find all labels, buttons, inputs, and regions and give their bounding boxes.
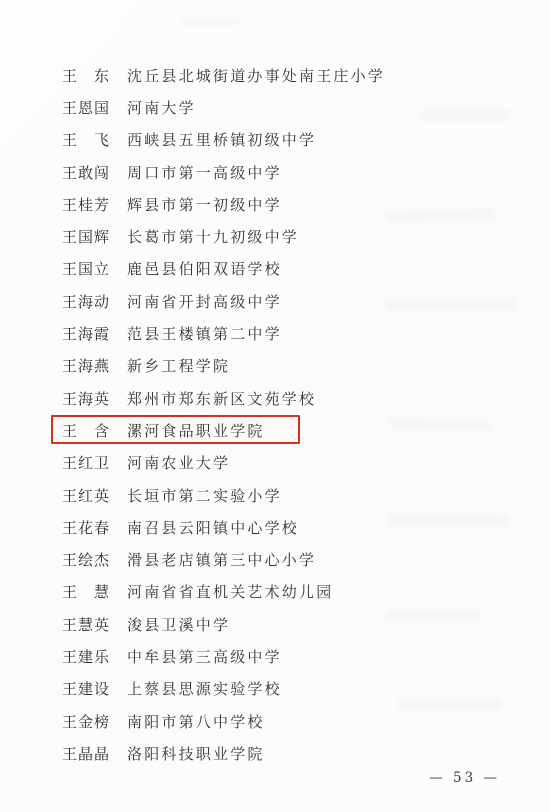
person-name: 王国立 — [62, 258, 109, 279]
organization-name: 范县王楼镇第二中学 — [127, 323, 282, 344]
person-name: 王晶晶 — [62, 743, 109, 764]
list-item: 王慧 河南省省直机关艺术幼儿园 — [62, 576, 520, 608]
list-item: 王建乐 中牟县第三高级中学 — [62, 640, 520, 672]
list-item: 王桂芳 辉县市第一初级中学 — [62, 188, 520, 220]
organization-name: 沈丘县北城街道办事处南王庄小学 — [127, 65, 385, 86]
list-item: 王海动 河南省开封高级中学 — [62, 285, 520, 317]
organization-name: 鹿邑县伯阳双语学校 — [127, 258, 282, 279]
list-item: 王国立 鹿邑县伯阳双语学校 — [62, 253, 520, 285]
list-item: 王海燕 新乡工程学院 — [62, 350, 520, 382]
organization-name: 南阳市第八中学校 — [127, 711, 265, 732]
person-name: 王桂芳 — [62, 194, 109, 215]
person-name: 王金榜 — [62, 711, 109, 732]
list-item: 王绘杰 滑县老店镇第三中心小学 — [62, 543, 520, 575]
person-name: 王国辉 — [62, 226, 109, 247]
person-name: 王飞 — [62, 129, 109, 150]
list-item: 王晶晶 洛阳科技职业学院 — [62, 737, 520, 769]
organization-name: 漯河食品职业学院 — [127, 420, 265, 441]
person-name: 王花春 — [62, 517, 109, 538]
page-number: — 53 — — [429, 770, 500, 786]
person-name: 王含 — [62, 420, 109, 441]
list-item: 王慧英 浚县卫溪中学 — [62, 608, 520, 640]
organization-name: 南召县云阳镇中心学校 — [127, 517, 299, 538]
organization-name: 上蔡县思源实验学校 — [127, 678, 282, 699]
person-name: 王红英 — [62, 485, 109, 506]
list-item: 王恩国 河南大学 — [62, 91, 520, 123]
person-name: 王慧英 — [62, 614, 109, 635]
organization-name: 新乡工程学院 — [127, 355, 230, 376]
person-name: 王海燕 — [62, 355, 109, 376]
document-page: 王东 沈丘县北城街道办事处南王庄小学 王恩国 河南大学 王飞 西峡县五里桥镇初级… — [0, 0, 550, 812]
person-name: 王东 — [62, 65, 109, 86]
organization-name: 辉县市第一初级中学 — [127, 194, 282, 215]
organization-name: 周口市第一高级中学 — [127, 162, 282, 183]
list-item: 王花春 南召县云阳镇中心学校 — [62, 511, 520, 543]
person-name: 王恩国 — [62, 97, 109, 118]
list-item: 王敢闯 周口市第一高级中学 — [62, 156, 520, 188]
person-name: 王红卫 — [62, 452, 109, 473]
organization-name: 中牟县第三高级中学 — [127, 646, 282, 667]
person-name: 王绘杰 — [62, 549, 109, 570]
organization-name: 河南省省直机关艺术幼儿园 — [127, 581, 333, 602]
person-name: 王海动 — [62, 291, 109, 312]
person-name: 王海英 — [62, 388, 109, 409]
person-name: 王慧 — [62, 581, 109, 602]
name-list: 王东 沈丘县北城街道办事处南王庄小学 王恩国 河南大学 王飞 西峡县五里桥镇初级… — [62, 59, 520, 770]
list-item: 王飞 西峡县五里桥镇初级中学 — [62, 124, 520, 156]
list-item: 王国辉 长葛市第十九初级中学 — [62, 220, 520, 252]
organization-name: 郑州市郑东新区文苑学校 — [127, 388, 316, 409]
list-item: 王金榜 南阳市第八中学校 — [62, 705, 520, 737]
person-name: 王建乐 — [62, 646, 109, 667]
organization-name: 河南农业大学 — [127, 452, 230, 473]
person-name: 王建设 — [62, 678, 109, 699]
list-item: 王红英 长垣市第二实验小学 — [62, 479, 520, 511]
organization-name: 浚县卫溪中学 — [127, 614, 230, 635]
organization-name: 长垣市第二实验小学 — [127, 485, 282, 506]
list-item: 王红卫 河南农业大学 — [62, 447, 520, 479]
list-item: 王含 漯河食品职业学院 — [62, 414, 520, 446]
organization-name: 长葛市第十九初级中学 — [127, 226, 299, 247]
scan-artifact — [180, 18, 240, 26]
organization-name: 河南省开封高级中学 — [127, 291, 282, 312]
list-item: 王海英 郑州市郑东新区文苑学校 — [62, 382, 520, 414]
organization-name: 河南大学 — [127, 97, 196, 118]
organization-name: 滑县老店镇第三中心小学 — [127, 549, 316, 570]
list-item: 王东 沈丘县北城街道办事处南王庄小学 — [62, 59, 520, 91]
person-name: 王海霞 — [62, 323, 109, 344]
person-name: 王敢闯 — [62, 162, 109, 183]
list-item: 王海霞 范县王楼镇第二中学 — [62, 317, 520, 349]
organization-name: 洛阳科技职业学院 — [127, 743, 265, 764]
list-item: 王建设 上蔡县思源实验学校 — [62, 673, 520, 705]
organization-name: 西峡县五里桥镇初级中学 — [127, 129, 316, 150]
